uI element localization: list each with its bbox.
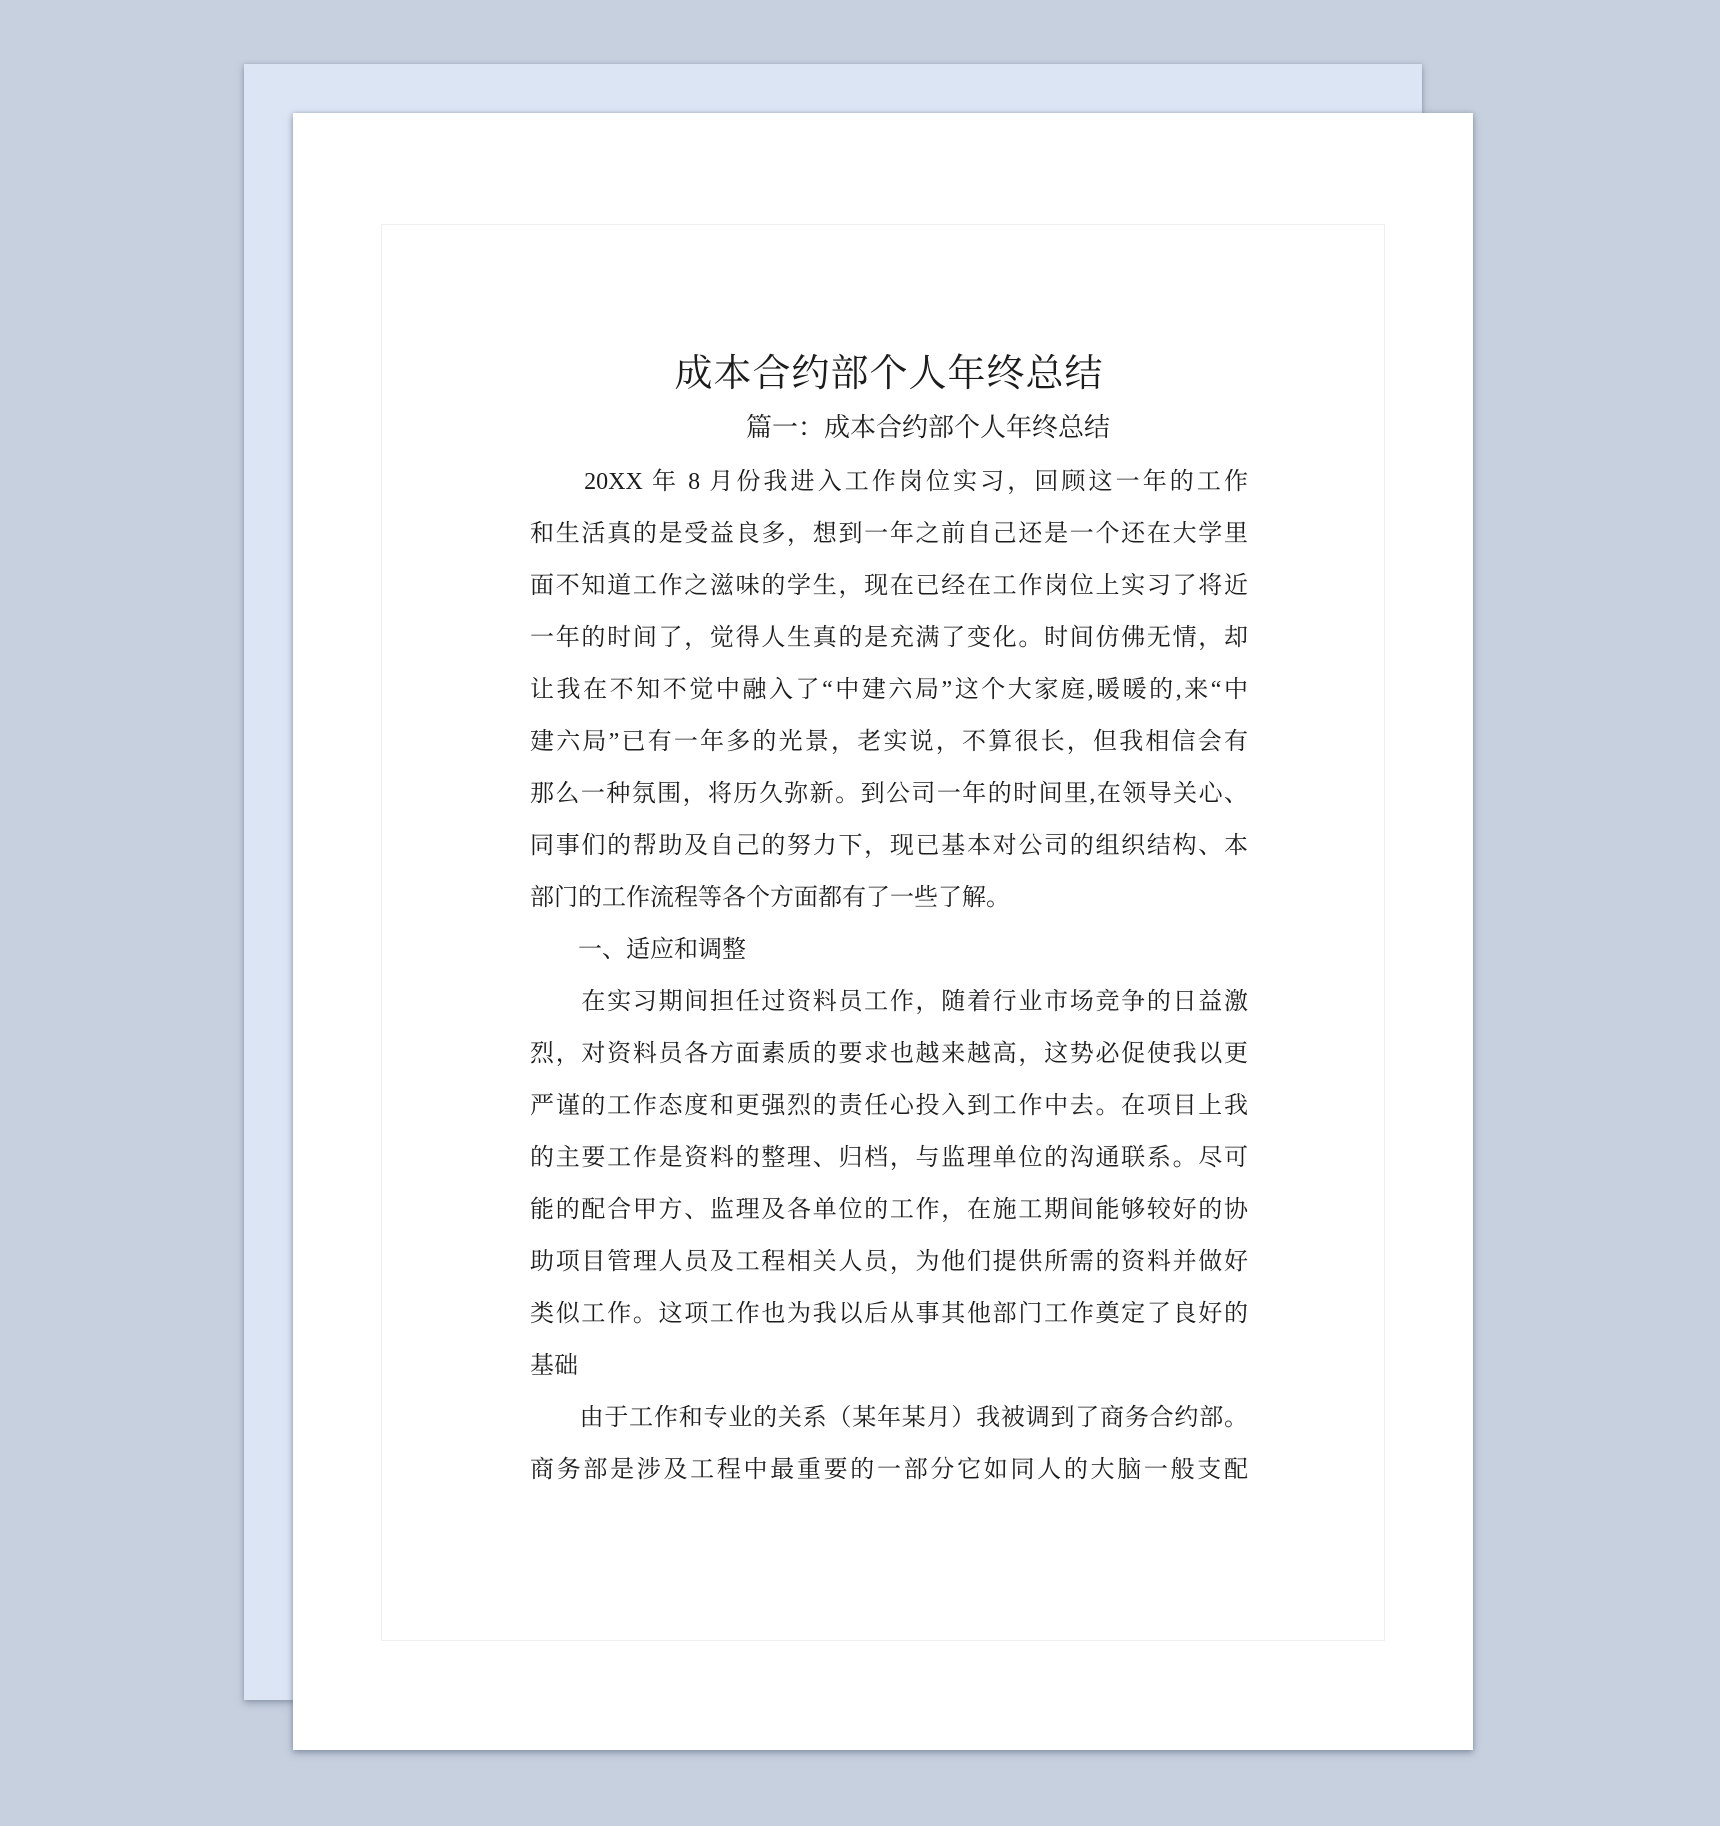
text-line: 部门的工作流程等各个方面都有了一些了解。 bbox=[530, 872, 1248, 924]
document-content: 成本合约部个人年终总结 篇一：成本合约部个人年终总结 20XX 年 8 月份我进… bbox=[530, 346, 1248, 1496]
text-line: 助项目管理人员及工程相关人员，为他们提供所需的资料并做好 bbox=[530, 1236, 1248, 1288]
text-line: 在实习期间担任过资料员工作，随着行业市场竞争的日益激 bbox=[530, 976, 1248, 1028]
document-page: 成本合约部个人年终总结 篇一：成本合约部个人年终总结 20XX 年 8 月份我进… bbox=[293, 113, 1473, 1750]
text-line: 严谨的工作态度和更强烈的责任心投入到工作中去。在项目上我 bbox=[530, 1080, 1248, 1132]
text-line: 类似工作。这项工作也为我以后从事其他部门工作奠定了良好的 bbox=[530, 1288, 1248, 1340]
document-title: 成本合约部个人年终总结 bbox=[530, 346, 1248, 402]
text-line: 让我在不知不觉中融入了“中建六局”这个大家庭,暖暖的,来“中 bbox=[530, 664, 1248, 716]
text-line: 烈，对资料员各方面素质的要求也越来越高，这势必促使我以更 bbox=[530, 1028, 1248, 1080]
canvas-background: 成本合约部个人年终总结 篇一：成本合约部个人年终总结 20XX 年 8 月份我进… bbox=[0, 0, 1720, 1826]
text-line: 商务部是涉及工程中最重要的一部分它如同人的大脑一般支配 bbox=[530, 1444, 1248, 1496]
text-line: 面不知道工作之滋味的学生，现在已经在工作岗位上实习了将近 bbox=[530, 560, 1248, 612]
text-line: 20XX 年 8 月份我进入工作岗位实习，回顾这一年的工作 bbox=[530, 456, 1248, 508]
text-line: 一年的时间了，觉得人生真的是充满了变化。时间仿佛无情，却 bbox=[530, 612, 1248, 664]
text-line: 那么一种氛围，将历久弥新。到公司一年的时间里,在领导关心、 bbox=[530, 768, 1248, 820]
text-line: 能的配合甲方、监理及各单位的工作，在施工期间能够较好的协 bbox=[530, 1184, 1248, 1236]
document-body: 20XX 年 8 月份我进入工作岗位实习，回顾这一年的工作和生活真的是受益良多，… bbox=[530, 456, 1248, 1496]
paragraph-intro: 20XX 年 8 月份我进入工作岗位实习，回顾这一年的工作和生活真的是受益良多，… bbox=[530, 456, 1248, 924]
section-heading-adapt-adjust: 一、适应和调整 bbox=[530, 924, 1248, 976]
text-line: 和生活真的是受益良多，想到一年之前自己还是一个还在大学里 bbox=[530, 508, 1248, 560]
text-line: 的主要工作是资料的整理、归档，与监理单位的沟通联系。尽可 bbox=[530, 1132, 1248, 1184]
text-line: 由于工作和专业的关系（某年某月）我被调到了商务合约部。 bbox=[530, 1392, 1248, 1444]
document-subtitle: 篇一：成本合约部个人年终总结 bbox=[530, 402, 1248, 454]
text-line: 基础 bbox=[530, 1340, 1248, 1392]
text-line: 建六局”已有一年多的光景，老实说，不算很长，但我相信会有 bbox=[530, 716, 1248, 768]
paragraph-transfer-business-dept: 由于工作和专业的关系（某年某月）我被调到了商务合约部。商务部是涉及工程中最重要的… bbox=[530, 1392, 1248, 1496]
text-line: 同事们的帮助及自己的努力下，现已基本对公司的组织结构、本 bbox=[530, 820, 1248, 872]
text-line: 一、适应和调整 bbox=[530, 924, 1248, 976]
paragraph-internship-work: 在实习期间担任过资料员工作，随着行业市场竞争的日益激烈，对资料员各方面素质的要求… bbox=[530, 976, 1248, 1392]
